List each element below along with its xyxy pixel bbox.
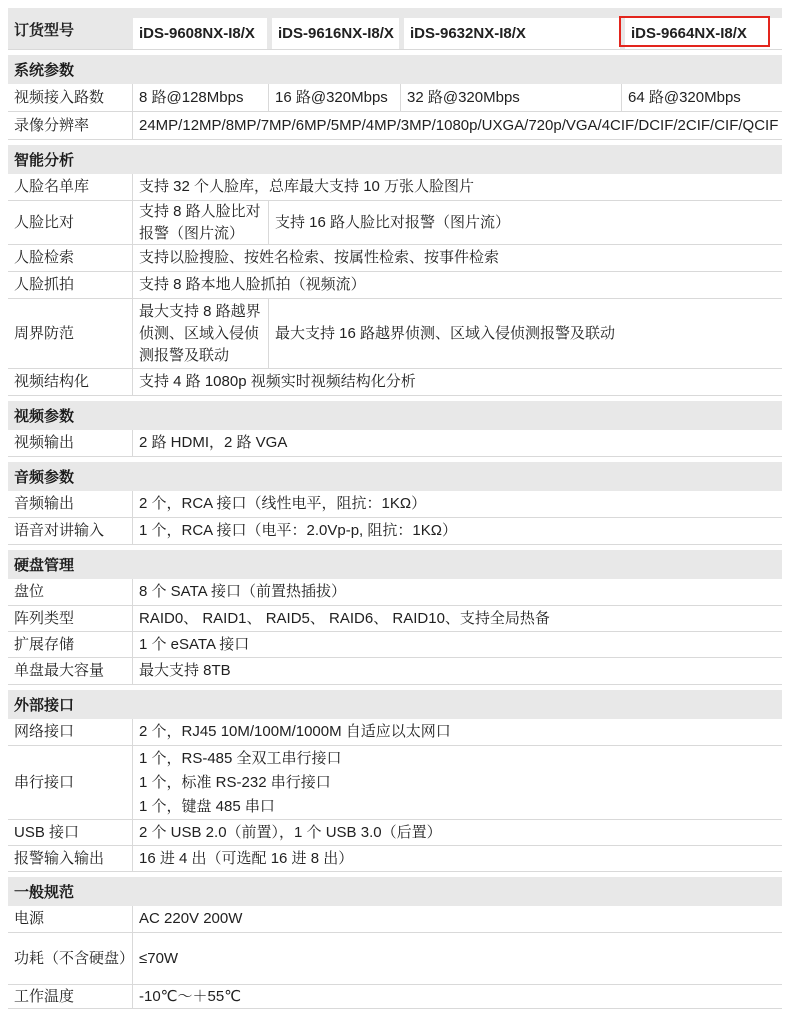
order-model-label: 订货型号 (14, 8, 74, 50)
spec-row-video-structuring: 视频结构化 支持 4 路 1080p 视频实时视频结构化分析 (8, 369, 782, 396)
row-value-col1: 8 路@128Mbps (133, 84, 269, 111)
row-label: 报警输入输出 (8, 846, 133, 871)
row-value: 支持 32 个人脸库，总库最大支持 10 万张人脸图片 (133, 174, 782, 200)
model-cell-9616: iDS-9616NX-I8/X (272, 18, 399, 49)
spec-row-record-resolution: 录像分辨率 24MP/12MP/8MP/7MP/6MP/5MP/4MP/3MP/… (8, 112, 782, 140)
row-label: 人脸检索 (8, 245, 133, 271)
row-value-col3: 32 路@320Mbps (401, 84, 622, 111)
spec-row-video-output: 视频输出 2 路 HDMI，2 路 VGA (8, 430, 782, 457)
spec-row-max-disk-capacity: 单盘最大容量 最大支持 8TB (8, 658, 782, 685)
row-label: 音频输出 (8, 491, 133, 517)
row-label: 人脸抓拍 (8, 272, 133, 298)
section-band-hdd-management: 硬盘管理 (8, 550, 782, 579)
row-value-left: 最大支持 8 路越界侦测、区域入侵侦测报警及联动 (133, 299, 269, 368)
serial-line-2: 1 个，标准 RS-232 串行接口 (139, 771, 331, 795)
row-value: 1 个 eSATA 接口 (133, 632, 782, 657)
row-value: 2 个，RJ45 10M/100M/1000M 自适应以太网口 (133, 719, 782, 745)
row-label: 盘位 (8, 579, 133, 605)
row-label: 录像分辨率 (8, 112, 133, 139)
spec-row-face-capture: 人脸抓拍 支持 8 路本地人脸抓拍（视频流） (8, 272, 782, 299)
row-label: 人脸比对 (8, 201, 133, 244)
row-value-col4: 64 路@320Mbps (622, 84, 782, 111)
header-row: 订货型号 iDS-9608NX-I8/X iDS-9616NX-I8/X iDS… (8, 8, 782, 50)
spec-row-working-temperature: 工作温度 -10℃～＋55℃ (8, 985, 782, 1009)
row-label: 串行接口 (8, 746, 133, 819)
row-value: 支持 4 路 1080p 视频实时视频结构化分析 (133, 369, 782, 395)
spec-row-video-input: 视频接入路数 8 路@128Mbps 16 路@320Mbps 32 路@320… (8, 84, 782, 112)
section-band-system-params: 系统参数 (8, 55, 782, 84)
spec-row-face-search: 人脸检索 支持以脸搜脸、按姓名检索、按属性检索、按事件检索 (8, 245, 782, 272)
serial-line-1: 1 个，RS-485 全双工串行接口 (139, 747, 342, 771)
row-value-right: 支持 16 路人脸比对报警（图片流） (269, 201, 782, 244)
spec-table: 订货型号 iDS-9608NX-I8/X iDS-9616NX-I8/X iDS… (8, 8, 782, 1009)
row-value: 8 个 SATA 接口（前置热插拔） (133, 579, 782, 605)
row-label: 视频接入路数 (8, 84, 133, 111)
row-label: 人脸名单库 (8, 174, 133, 200)
section-band-audio-params: 音频参数 (8, 462, 782, 491)
row-label: 语音对讲输入 (8, 518, 133, 544)
spec-row-face-comparison: 人脸比对 支持 8 路人脸比对报警（图片流） 支持 16 路人脸比对报警（图片流… (8, 201, 782, 245)
section-band-external-interfaces: 外部接口 (8, 690, 782, 719)
row-label: 电源 (8, 906, 133, 932)
row-label: 阵列类型 (8, 606, 133, 631)
row-value-right: 最大支持 16 路越界侦测、区域入侵侦测报警及联动 (269, 299, 782, 368)
row-label: USB 接口 (8, 820, 133, 845)
spec-row-usb-interface: USB 接口 2 个 USB 2.0（前置），1 个 USB 3.0（后置） (8, 820, 782, 846)
row-value: 支持 8 路本地人脸抓拍（视频流） (133, 272, 782, 298)
spec-row-power-supply: 电源 AC 220V 200W (8, 906, 782, 933)
section-band-general-specs: 一般规范 (8, 877, 782, 906)
row-value: 16 进 4 出（可选配 16 进 8 出） (133, 846, 782, 871)
row-value: 1 个，RCA 接口（电平：2.0Vp-p, 阻抗：1KΩ） (133, 518, 782, 544)
section-band-intelligent-analysis: 智能分析 (8, 145, 782, 174)
row-label: 视频结构化 (8, 369, 133, 395)
row-value: ≤70W (133, 933, 782, 984)
row-label: 网络接口 (8, 719, 133, 745)
row-label: 视频输出 (8, 430, 133, 456)
row-value: -10℃～＋55℃ (133, 985, 782, 1008)
row-value-left: 支持 8 路人脸比对报警（图片流） (133, 201, 269, 244)
row-value: 2 路 HDMI，2 路 VGA (133, 430, 782, 456)
spec-row-power-consumption: 功耗（不含硬盘） ≤70W (8, 933, 782, 985)
spec-row-face-library: 人脸名单库 支持 32 个人脸库，总库最大支持 10 万张人脸图片 (8, 174, 782, 201)
spec-row-expansion-storage: 扩展存储 1 个 eSATA 接口 (8, 632, 782, 658)
row-value: 最大支持 8TB (133, 658, 782, 684)
spec-row-audio-output: 音频输出 2 个，RCA 接口（线性电平，阻抗：1KΩ） (8, 491, 782, 518)
row-value-col2: 16 路@320Mbps (269, 84, 401, 111)
spec-row-serial-interface: 串行接口 1 个，RS-485 全双工串行接口 1 个，标准 RS-232 串行… (8, 746, 782, 820)
serial-line-3: 1 个，键盘 485 串口 (139, 795, 275, 819)
row-value: 24MP/12MP/8MP/7MP/6MP/5MP/4MP/3MP/1080p/… (133, 112, 782, 139)
row-label: 扩展存储 (8, 632, 133, 657)
row-value: 2 个，RCA 接口（线性电平，阻抗：1KΩ） (133, 491, 782, 517)
row-value: RAID0、 RAID1、 RAID5、 RAID6、 RAID10、支持全局热… (133, 606, 782, 631)
spec-row-audio-talk-input: 语音对讲输入 1 个，RCA 接口（电平：2.0Vp-p, 阻抗：1KΩ） (8, 518, 782, 545)
row-label: 单盘最大容量 (8, 658, 133, 684)
row-label: 工作温度 (8, 985, 133, 1008)
row-value: 2 个 USB 2.0（前置），1 个 USB 3.0（后置） (133, 820, 782, 845)
row-value: AC 220V 200W (133, 906, 782, 932)
spec-row-raid-types: 阵列类型 RAID0、 RAID1、 RAID5、 RAID6、 RAID10、… (8, 606, 782, 632)
row-label: 功耗（不含硬盘） (8, 933, 133, 984)
spec-row-perimeter-protection: 周界防范 最大支持 8 路越界侦测、区域入侵侦测报警及联动 最大支持 16 路越… (8, 299, 782, 369)
spec-row-alarm-io: 报警输入输出 16 进 4 出（可选配 16 进 8 出） (8, 846, 782, 872)
model-cell-9608: iDS-9608NX-I8/X (133, 18, 267, 49)
spec-row-network-interface: 网络接口 2 个，RJ45 10M/100M/1000M 自适应以太网口 (8, 719, 782, 746)
model-highlight-box (619, 16, 770, 47)
row-label: 周界防范 (8, 299, 133, 368)
spec-row-drive-bays: 盘位 8 个 SATA 接口（前置热插拔） (8, 579, 782, 606)
row-value-multiline: 1 个，RS-485 全双工串行接口 1 个，标准 RS-232 串行接口 1 … (133, 746, 782, 819)
section-band-video-params: 视频参数 (8, 401, 782, 430)
row-value: 支持以脸搜脸、按姓名检索、按属性检索、按事件检索 (133, 245, 782, 271)
model-cell-9632: iDS-9632NX-I8/X (404, 18, 620, 49)
